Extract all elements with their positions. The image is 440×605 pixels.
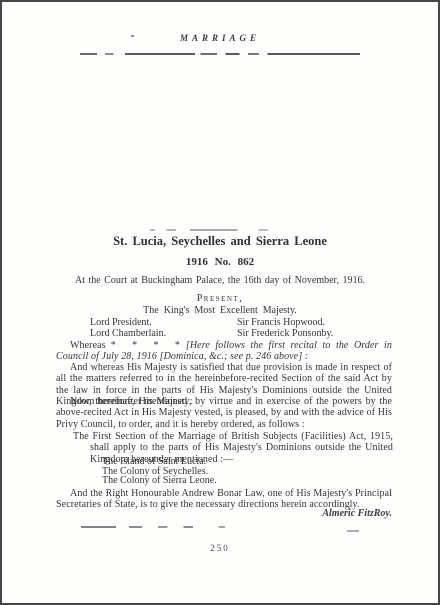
ordering-paragraph: Now, therefore, His Majesty, by virtue a… — [56, 396, 392, 430]
scan-artifact-speck — [131, 35, 134, 37]
whereas-word: Whereas — [70, 340, 106, 351]
present-heading: Present, — [2, 293, 438, 304]
running-header: MARRIAGE — [2, 33, 438, 43]
omission-stars: * * * * — [111, 340, 181, 351]
editorial-note: [Here follows the first recital to the O… — [56, 340, 392, 362]
attendee-name: Lord President. — [90, 318, 237, 329]
scan-artifact-mark — [347, 530, 359, 532]
attendee-name: Sir Frederick Ponsonby. — [237, 329, 390, 340]
attendees-list: Lord President. Lord Chamberlain. Sir Fr… — [90, 318, 390, 339]
attendees-left-column: Lord President. Lord Chamberlain. — [90, 318, 237, 339]
territory-item: The Colony of Sierra Leone. — [102, 476, 217, 486]
attendee-name: Lord Chamberlain. — [90, 329, 237, 340]
scan-artifact-dashes — [150, 229, 268, 231]
footer-rule — [81, 526, 241, 528]
territories-list: The Island of Saint Lucia. The Colony of… — [102, 457, 217, 486]
clerk-signature: Almeric FitzRoy. — [322, 508, 392, 519]
attendees-right-column: Sir Francis Hopwood. Sir Frederick Ponso… — [237, 318, 390, 339]
header-rule — [80, 53, 360, 55]
document-title: St. Lucia, Seychelles and Sierra Leone — [2, 234, 438, 249]
whereas-paragraph: Whereas* * * *[Here follows the first re… — [56, 340, 392, 363]
majesty-line: The King's Most Excellent Majesty. — [2, 305, 438, 316]
scanned-document-page: MARRIAGE St. Lucia, Seychelles and Sierr… — [0, 0, 440, 605]
page-number: 250 — [2, 543, 438, 553]
document-citation: 1916 No. 862 — [2, 256, 438, 268]
court-location-line: At the Court at Buckingham Palace, the 1… — [2, 275, 438, 286]
attendee-name: Sir Francis Hopwood. — [237, 318, 390, 329]
